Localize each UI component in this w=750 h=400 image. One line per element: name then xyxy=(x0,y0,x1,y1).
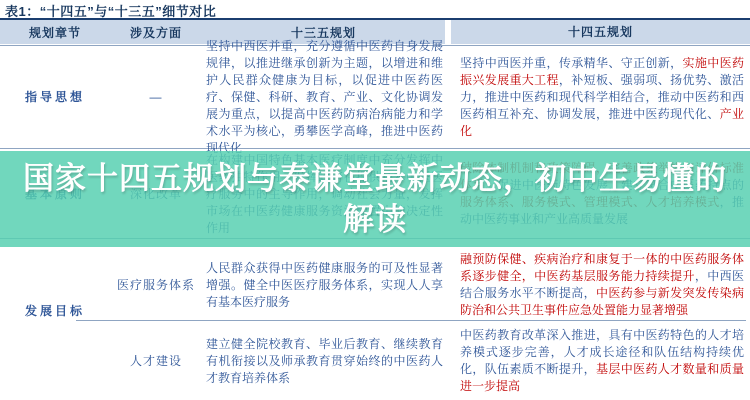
plan-13-5-cell: 建立健全院校教育、毕业后教育、继续教育有机衔接以及师承教育贯穿始终的中医药人才教… xyxy=(202,322,445,400)
body-text: 坚持中西医并重，传承精华、守正创新， xyxy=(460,56,683,70)
article-page: 表1：“十四五”与“十三五”细节对比 规划章节 涉及方面 十三五规划 十四五规划… xyxy=(0,0,750,400)
body-text: 人民群众获得中医药健康服务的可及性显著增强。健全中医医疗服务体系，实现人人享有基… xyxy=(206,261,443,309)
header-plan-14-5: 十四五规划 xyxy=(445,20,750,44)
headline-banner-overlay: 国家十四五规划与泰谦堂最新动态，初中生易懂的 解读 xyxy=(0,151,750,247)
plan-13-5-cell: 人民群众获得中医药健康服务的可及性显著增强。健全中医医疗服务体系，实现人人享有基… xyxy=(202,250,445,320)
table-row: 指导思想—坚持中西医并重，充分遵循中医药自身发展规律，以推进继承创新为主题，以增… xyxy=(0,46,750,149)
banner-title-line-1: 国家十四五规划与泰谦堂最新动态，初中生易懂的 xyxy=(23,158,727,199)
plan-14-5-cell: 融预防保健、疾病治疗和康复于一体的中医药服务体系逐步健全，中医药基层服务能力持续… xyxy=(445,250,750,320)
aspect-cell: 医疗服务体系 xyxy=(110,250,202,320)
chapter-cell: 指导思想 xyxy=(0,46,110,148)
aspect-cell: — xyxy=(110,46,202,148)
chapter-cell xyxy=(0,322,110,400)
plan-14-5-cell: 中医药教育改革深入推进，具有中医药特色的人才培养模式逐步完善，人才成长途径和队伍… xyxy=(445,322,750,400)
table-row: 医疗服务体系人民群众获得中医药健康服务的可及性显著增强。健全中医医疗服务体系，实… xyxy=(0,250,750,320)
body-text: 建立健全院校教育、毕业后教育、继续教育有机衔接以及师承教育贯穿始终的中医药人才教… xyxy=(206,337,443,385)
banner-title-line-2: 解读 xyxy=(343,199,407,240)
plan-13-5-cell: 坚持中西医并重，充分遵循中医药自身发展规律，以推进继承创新为主题，以增进和维护人… xyxy=(202,46,445,148)
chapter-label-development-goals: 发展目标 xyxy=(0,302,110,319)
sub-row-divider xyxy=(76,320,746,321)
table-row: 人才建设建立健全院校教育、毕业后教育、继续教育有机衔接以及师承教育贯穿始终的中医… xyxy=(0,322,750,400)
body-text: 坚持中西医并重，充分遵循中医药自身发展规律，以推进继承创新为主题，以增进和维护人… xyxy=(206,39,443,155)
header-aspect: 涉及方面 xyxy=(110,24,202,41)
plan-14-5-cell: 坚持中西医并重，传承精华、守正创新，实施中医药振兴发展重大工程，补短板、强弱项、… xyxy=(445,46,750,148)
aspect-cell: 人才建设 xyxy=(110,322,202,400)
header-chapter: 规划章节 xyxy=(0,24,110,41)
